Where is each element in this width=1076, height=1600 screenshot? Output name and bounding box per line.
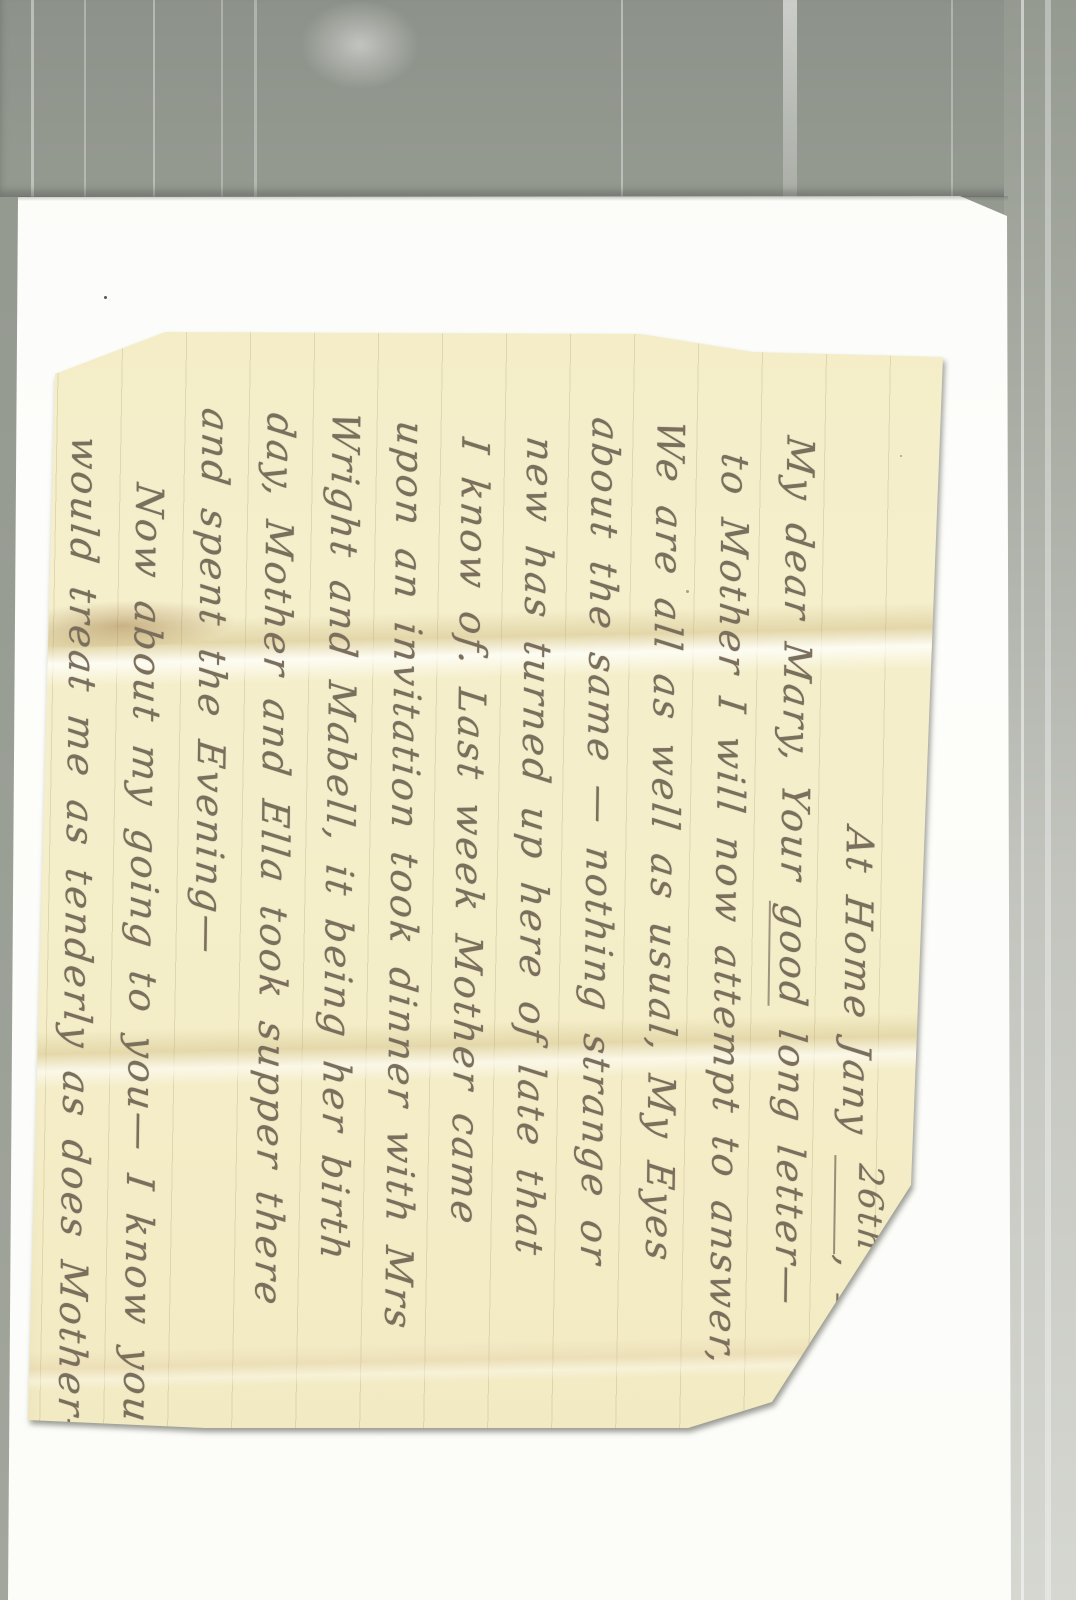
dust-speck [900, 455, 902, 457]
handwritten-letter-text: At Home Jany 26th, 1902. My dear Mary, Y… [34, 386, 898, 1420]
date-day: 26th [833, 1155, 902, 1262]
dust-speck [686, 590, 689, 593]
date-year: , 1902. [815, 1252, 882, 1417]
salutation-post: long letter— [766, 1006, 814, 1310]
date-place: At Home Jany [833, 825, 882, 1160]
letter-paper: At Home Jany 26th, 1902. My dear Mary, Y… [0, 0, 1076, 1600]
letter-paper-wrapper: At Home Jany 26th, 1902. My dear Mary, Y… [0, 0, 1076, 1600]
dust-speck [104, 296, 107, 299]
salutation-underlined-word: good [768, 901, 816, 1011]
salutation-pre: My dear Mary, Your [772, 434, 822, 907]
scanned-letter-page: At Home Jany 26th, 1902. My dear Mary, Y… [0, 0, 1076, 1600]
